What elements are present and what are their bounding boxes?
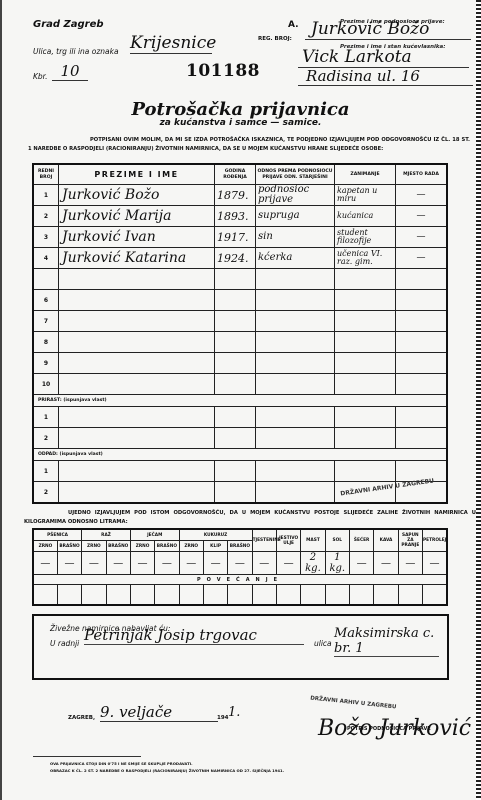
workplace-cell[interactable]: — — [396, 248, 448, 269]
name-cell[interactable]: Jurković Božo — [59, 185, 215, 206]
name-cell[interactable] — [59, 269, 215, 290]
increase-cell[interactable] — [276, 585, 300, 606]
additions-label: PRIRAST: (ispunjava vlast) — [33, 395, 447, 407]
supply-value-lard[interactable]: 2 kg. — [301, 552, 325, 575]
occupation-cell[interactable]: kapetan u miru — [335, 185, 396, 206]
name-cell[interactable]: Jurković Ivan — [59, 227, 215, 248]
workplace-cell[interactable] — [396, 269, 448, 290]
occupation-cell[interactable] — [335, 407, 396, 428]
row-number: 4 — [33, 248, 59, 269]
relation-cell[interactable] — [256, 482, 335, 504]
birth-year-cell[interactable] — [215, 311, 256, 332]
occupation-cell[interactable] — [335, 311, 396, 332]
year-prefix-label: 194 — [217, 715, 228, 721]
ration-application-form: Grad Zagreb Ulica, trg ili ina oznaka Kr… — [0, 0, 481, 800]
birth-year-cell[interactable] — [215, 428, 256, 449]
birth-year-cell[interactable]: 1924. — [215, 248, 256, 269]
occupation-cell[interactable] — [335, 269, 396, 290]
house-number-field[interactable]: 10 — [52, 62, 88, 81]
workplace-cell[interactable] — [396, 428, 448, 449]
col-corn-grain: ZRNO — [179, 541, 203, 552]
increase-cell[interactable] — [398, 585, 422, 606]
col-kerosene: PETROLEJ — [423, 529, 448, 552]
place-label: ZAGREB, — [68, 715, 95, 721]
row-number: 10 — [33, 374, 59, 395]
occupation-cell[interactable]: kućanica — [335, 206, 396, 227]
name-cell[interactable] — [59, 290, 215, 311]
occupation-cell[interactable]: učenica VI. raz. gim. — [335, 248, 396, 269]
table-row: 9 — [33, 353, 447, 374]
col-header-workplace: MJESTO RADA — [396, 164, 448, 185]
occupation-cell[interactable]: student filozofije — [335, 227, 396, 248]
col-group-corn: KUKURUZ — [179, 529, 252, 541]
relation-cell[interactable]: supruga — [256, 206, 335, 227]
birth-year-cell[interactable] — [215, 461, 256, 482]
relation-cell[interactable] — [256, 332, 335, 353]
birth-year-cell[interactable]: 1917. — [215, 227, 256, 248]
increase-cell[interactable] — [228, 585, 252, 606]
col-edible-oil: JESTIVO ULJE — [276, 529, 300, 552]
increase-cell[interactable] — [155, 585, 179, 606]
workplace-cell[interactable]: — — [396, 227, 448, 248]
footer-regulation-note: OBRAZAC K ČL. 2 ST. 2 NAREDBE O RASPODJE… — [50, 767, 284, 774]
workplace-cell[interactable]: — — [396, 206, 448, 227]
supplies-values-row: — — — — — — — — — — — 2 kg. 1 kg. — — — … — [33, 552, 447, 575]
name-cell[interactable] — [59, 482, 215, 504]
col-group-barley: JEČAM — [130, 529, 179, 541]
increase-cell[interactable] — [179, 585, 203, 606]
increase-cell[interactable] — [301, 585, 325, 606]
col-coffee: KAVA — [374, 529, 398, 552]
supply-value-cell[interactable]: — — [106, 552, 130, 575]
workplace-cell[interactable] — [396, 407, 448, 428]
city-label: Grad Zagreb — [33, 19, 104, 30]
name-cell[interactable] — [59, 461, 215, 482]
row-number: 1 — [33, 461, 59, 482]
increase-cell[interactable] — [325, 585, 349, 606]
table-row — [33, 269, 447, 290]
table-row: 3 Jurković Ivan 1917. sin student filozo… — [33, 227, 447, 248]
relation-cell[interactable] — [256, 407, 335, 428]
supply-value-cell[interactable]: — — [398, 552, 422, 575]
section-header-additions: PRIRAST: (ispunjava vlast) — [33, 395, 447, 407]
shop-street-label: ulica — [314, 639, 332, 648]
form-subtitle: za kućanstva i samce — samice. — [0, 118, 481, 128]
birth-year-cell[interactable]: 1893. — [215, 206, 256, 227]
row-number: 6 — [33, 290, 59, 311]
street-field[interactable]: Krijesnice — [130, 33, 212, 54]
occupation-cell[interactable] — [335, 461, 396, 482]
row-number: 7 — [33, 311, 59, 332]
archive-stamp: DRŽAVNI ARHIV U ZAGREBU — [310, 695, 397, 710]
name-cell[interactable] — [59, 428, 215, 449]
landlord-address-field[interactable]: Radisina ul. 16 — [298, 67, 473, 86]
supplies-group-header-row: PŠENICA RAŽ JEČAM KUKURUZ TJESTENINE JES… — [33, 529, 447, 541]
birth-year-cell[interactable] — [215, 290, 256, 311]
relation-cell[interactable] — [256, 374, 335, 395]
col-header-birth-year: GODINA ROĐENJA — [215, 164, 256, 185]
col-barley-flour: BRAŠNO — [155, 541, 179, 552]
supplies-declaration-text: UJEDNO IZJAVLJUJEM POD ISTOM ODGOVORNOŠĆ… — [24, 509, 476, 527]
relation-cell[interactable] — [256, 269, 335, 290]
supply-value-cell[interactable]: — — [57, 552, 81, 575]
row-number: 1 — [33, 407, 59, 428]
relation-cell[interactable]: podnosioc prijave — [256, 185, 335, 206]
relation-cell[interactable] — [256, 461, 335, 482]
birth-year-cell[interactable] — [215, 332, 256, 353]
table-row: 2 — [33, 428, 447, 449]
col-lard: MAST — [301, 529, 325, 552]
reg-number-label: REG. BROJ: — [258, 36, 292, 42]
birth-year-cell[interactable] — [215, 407, 256, 428]
table-header-row: REDNI BROJ PREZIME I IME GODINA ROĐENJA … — [33, 164, 447, 185]
house-number-label: Kbr. — [33, 72, 47, 81]
workplace-cell[interactable]: — — [396, 185, 448, 206]
name-cell[interactable] — [59, 374, 215, 395]
table-row: 4 Jurković Katarina 1924. kćerka učenica… — [33, 248, 447, 269]
increase-cell[interactable] — [130, 585, 154, 606]
occupation-cell[interactable] — [335, 332, 396, 353]
row-number: 2 — [33, 206, 59, 227]
workplace-cell[interactable] — [396, 311, 448, 332]
col-rye-grain: ZRNO — [82, 541, 106, 552]
supply-value-cell[interactable]: — — [276, 552, 300, 575]
workplace-cell[interactable] — [396, 332, 448, 353]
col-header-number: REDNI BROJ — [33, 164, 59, 185]
supply-value-cell[interactable]: — — [130, 552, 154, 575]
workplace-cell[interactable] — [396, 374, 448, 395]
occupation-cell[interactable] — [335, 353, 396, 374]
supply-value-cell[interactable]: — — [33, 552, 57, 575]
applicant-field[interactable]: Jurković Božo — [305, 19, 471, 40]
col-wheat-grain: ZRNO — [33, 541, 57, 552]
relation-cell[interactable]: sin — [256, 227, 335, 248]
increase-values-row — [33, 585, 447, 606]
name-cell[interactable] — [59, 353, 215, 374]
shop-street-field[interactable]: Maksimirska c. br. 1 — [334, 626, 439, 657]
row-number: 3 — [33, 227, 59, 248]
increase-cell[interactable] — [57, 585, 81, 606]
supply-value-cell[interactable]: — — [203, 552, 227, 575]
table-row: 8 — [33, 332, 447, 353]
increase-cell[interactable] — [374, 585, 398, 606]
footer-price-note: OVA PRIJAVNICA STOJI DIN 0'75 I NE SMIJE… — [50, 760, 284, 767]
increase-cell[interactable] — [423, 585, 448, 606]
supply-value-cell[interactable]: — — [349, 552, 373, 575]
supply-value-cell[interactable]: — — [252, 552, 276, 575]
table-row: 6 — [33, 290, 447, 311]
birth-year-cell[interactable] — [215, 269, 256, 290]
col-header-name: PREZIME I IME — [59, 164, 215, 185]
shop-selection-box: Živežne namirnice nabavljat ću: U radnji… — [32, 614, 449, 680]
name-cell[interactable] — [59, 332, 215, 353]
signature-label: POTPIS PODNOSIOCA PRIJAVE — [347, 726, 431, 732]
relation-cell[interactable] — [256, 311, 335, 332]
food-supplies-table: PŠENICA RAŽ JEČAM KUKURUZ TJESTENINE JES… — [32, 528, 448, 606]
supply-value-cell[interactable]: — — [179, 552, 203, 575]
supply-value-cell[interactable]: — — [374, 552, 398, 575]
birth-year-cell[interactable] — [215, 482, 256, 504]
date-field[interactable]: 9. veljače — [100, 703, 218, 722]
name-cell[interactable]: Jurković Marija — [59, 206, 215, 227]
row-number: 2 — [33, 428, 59, 449]
increase-cell[interactable] — [33, 585, 57, 606]
row-number: 9 — [33, 353, 59, 374]
col-group-wheat: PŠENICA — [33, 529, 82, 541]
supply-value-cell[interactable]: — — [423, 552, 448, 575]
table-row: 1 — [33, 461, 447, 482]
col-barley-grain: ZRNO — [130, 541, 154, 552]
table-row: 1 Jurković Božo 1879. podnosioc prijave … — [33, 185, 447, 206]
row-number: 1 — [33, 185, 59, 206]
col-salt: SOL — [325, 529, 349, 552]
relation-cell[interactable] — [256, 353, 335, 374]
table-row: 1 — [33, 407, 447, 428]
name-cell[interactable] — [59, 407, 215, 428]
birth-year-cell[interactable] — [215, 374, 256, 395]
occupation-cell[interactable] — [335, 428, 396, 449]
name-cell[interactable]: Jurković Katarina — [59, 248, 215, 269]
row-number — [33, 269, 59, 290]
serial-number: 101188 — [186, 61, 260, 81]
increase-cell[interactable] — [203, 585, 227, 606]
relation-cell[interactable] — [256, 428, 335, 449]
table-row: 10 — [33, 374, 447, 395]
row-number: 2 — [33, 482, 59, 504]
supply-value-cell[interactable]: — — [82, 552, 106, 575]
increase-cell[interactable] — [82, 585, 106, 606]
footer-divider — [33, 756, 141, 757]
increase-cell[interactable] — [106, 585, 130, 606]
col-corn-flour: BRAŠNO — [228, 541, 252, 552]
increase-label: POVEĆANJE — [33, 575, 447, 585]
household-members-table: REDNI BROJ PREZIME I IME GODINA ROĐENJA … — [32, 163, 448, 504]
series-label: A. — [288, 20, 299, 30]
col-pasta: TJESTENINE — [252, 529, 276, 552]
shop-label: U radnji — [50, 639, 79, 648]
col-group-rye: RAŽ — [82, 529, 131, 541]
col-rye-flour: BRAŠNO — [106, 541, 130, 552]
increase-section-row: POVEĆANJE — [33, 575, 447, 585]
birth-year-cell[interactable] — [215, 353, 256, 374]
removals-label: ODPAD: (ispunjava vlast) — [33, 449, 447, 461]
increase-cell[interactable] — [349, 585, 373, 606]
occupation-cell[interactable] — [335, 290, 396, 311]
supply-value-cell[interactable]: — — [155, 552, 179, 575]
shop-name-field[interactable]: Petrinjak Josip trgovac — [84, 626, 304, 645]
table-row: 7 — [33, 311, 447, 332]
col-header-occupation: ZANIMANJE — [335, 164, 396, 185]
workplace-cell[interactable] — [396, 290, 448, 311]
workplace-cell[interactable] — [396, 353, 448, 374]
occupation-cell[interactable] — [335, 374, 396, 395]
col-sugar: ŠEĆER — [349, 529, 373, 552]
row-number: 8 — [33, 332, 59, 353]
declaration-text: POTPISANI OVIM MOLIM, DA MI SE IZDA POTR… — [28, 136, 470, 154]
table-row: 2 Jurković Marija 1893. supruga kućanica… — [33, 206, 447, 227]
year-suffix-field[interactable]: 1. — [228, 705, 240, 720]
col-header-relation: ODNOS PREMA PODNOSIOCU PRIJAVE ODN. STAR… — [256, 164, 335, 185]
section-header-removals: ODPAD: (ispunjava vlast) — [33, 449, 447, 461]
street-label: Ulica, trg ili ina oznaka — [33, 47, 119, 56]
birth-year-cell[interactable]: 1879. — [215, 185, 256, 206]
relation-cell[interactable] — [256, 290, 335, 311]
col-soap: SAPUN ZA PRANJE — [398, 529, 422, 552]
name-cell[interactable] — [59, 311, 215, 332]
increase-cell[interactable] — [252, 585, 276, 606]
form-title: Potrošačka prijavnica — [0, 99, 481, 120]
relation-cell[interactable]: kćerka — [256, 248, 335, 269]
supply-value-salt[interactable]: 1 kg. — [325, 552, 349, 575]
landlord-field[interactable]: Vick Larkota — [298, 47, 469, 68]
col-corn-cob: KLIP — [203, 541, 227, 552]
supply-value-cell[interactable]: — — [228, 552, 252, 575]
col-wheat-flour: BRAŠNO — [57, 541, 81, 552]
footer-notes: OVA PRIJAVNICA STOJI DIN 0'75 I NE SMIJE… — [50, 760, 284, 774]
